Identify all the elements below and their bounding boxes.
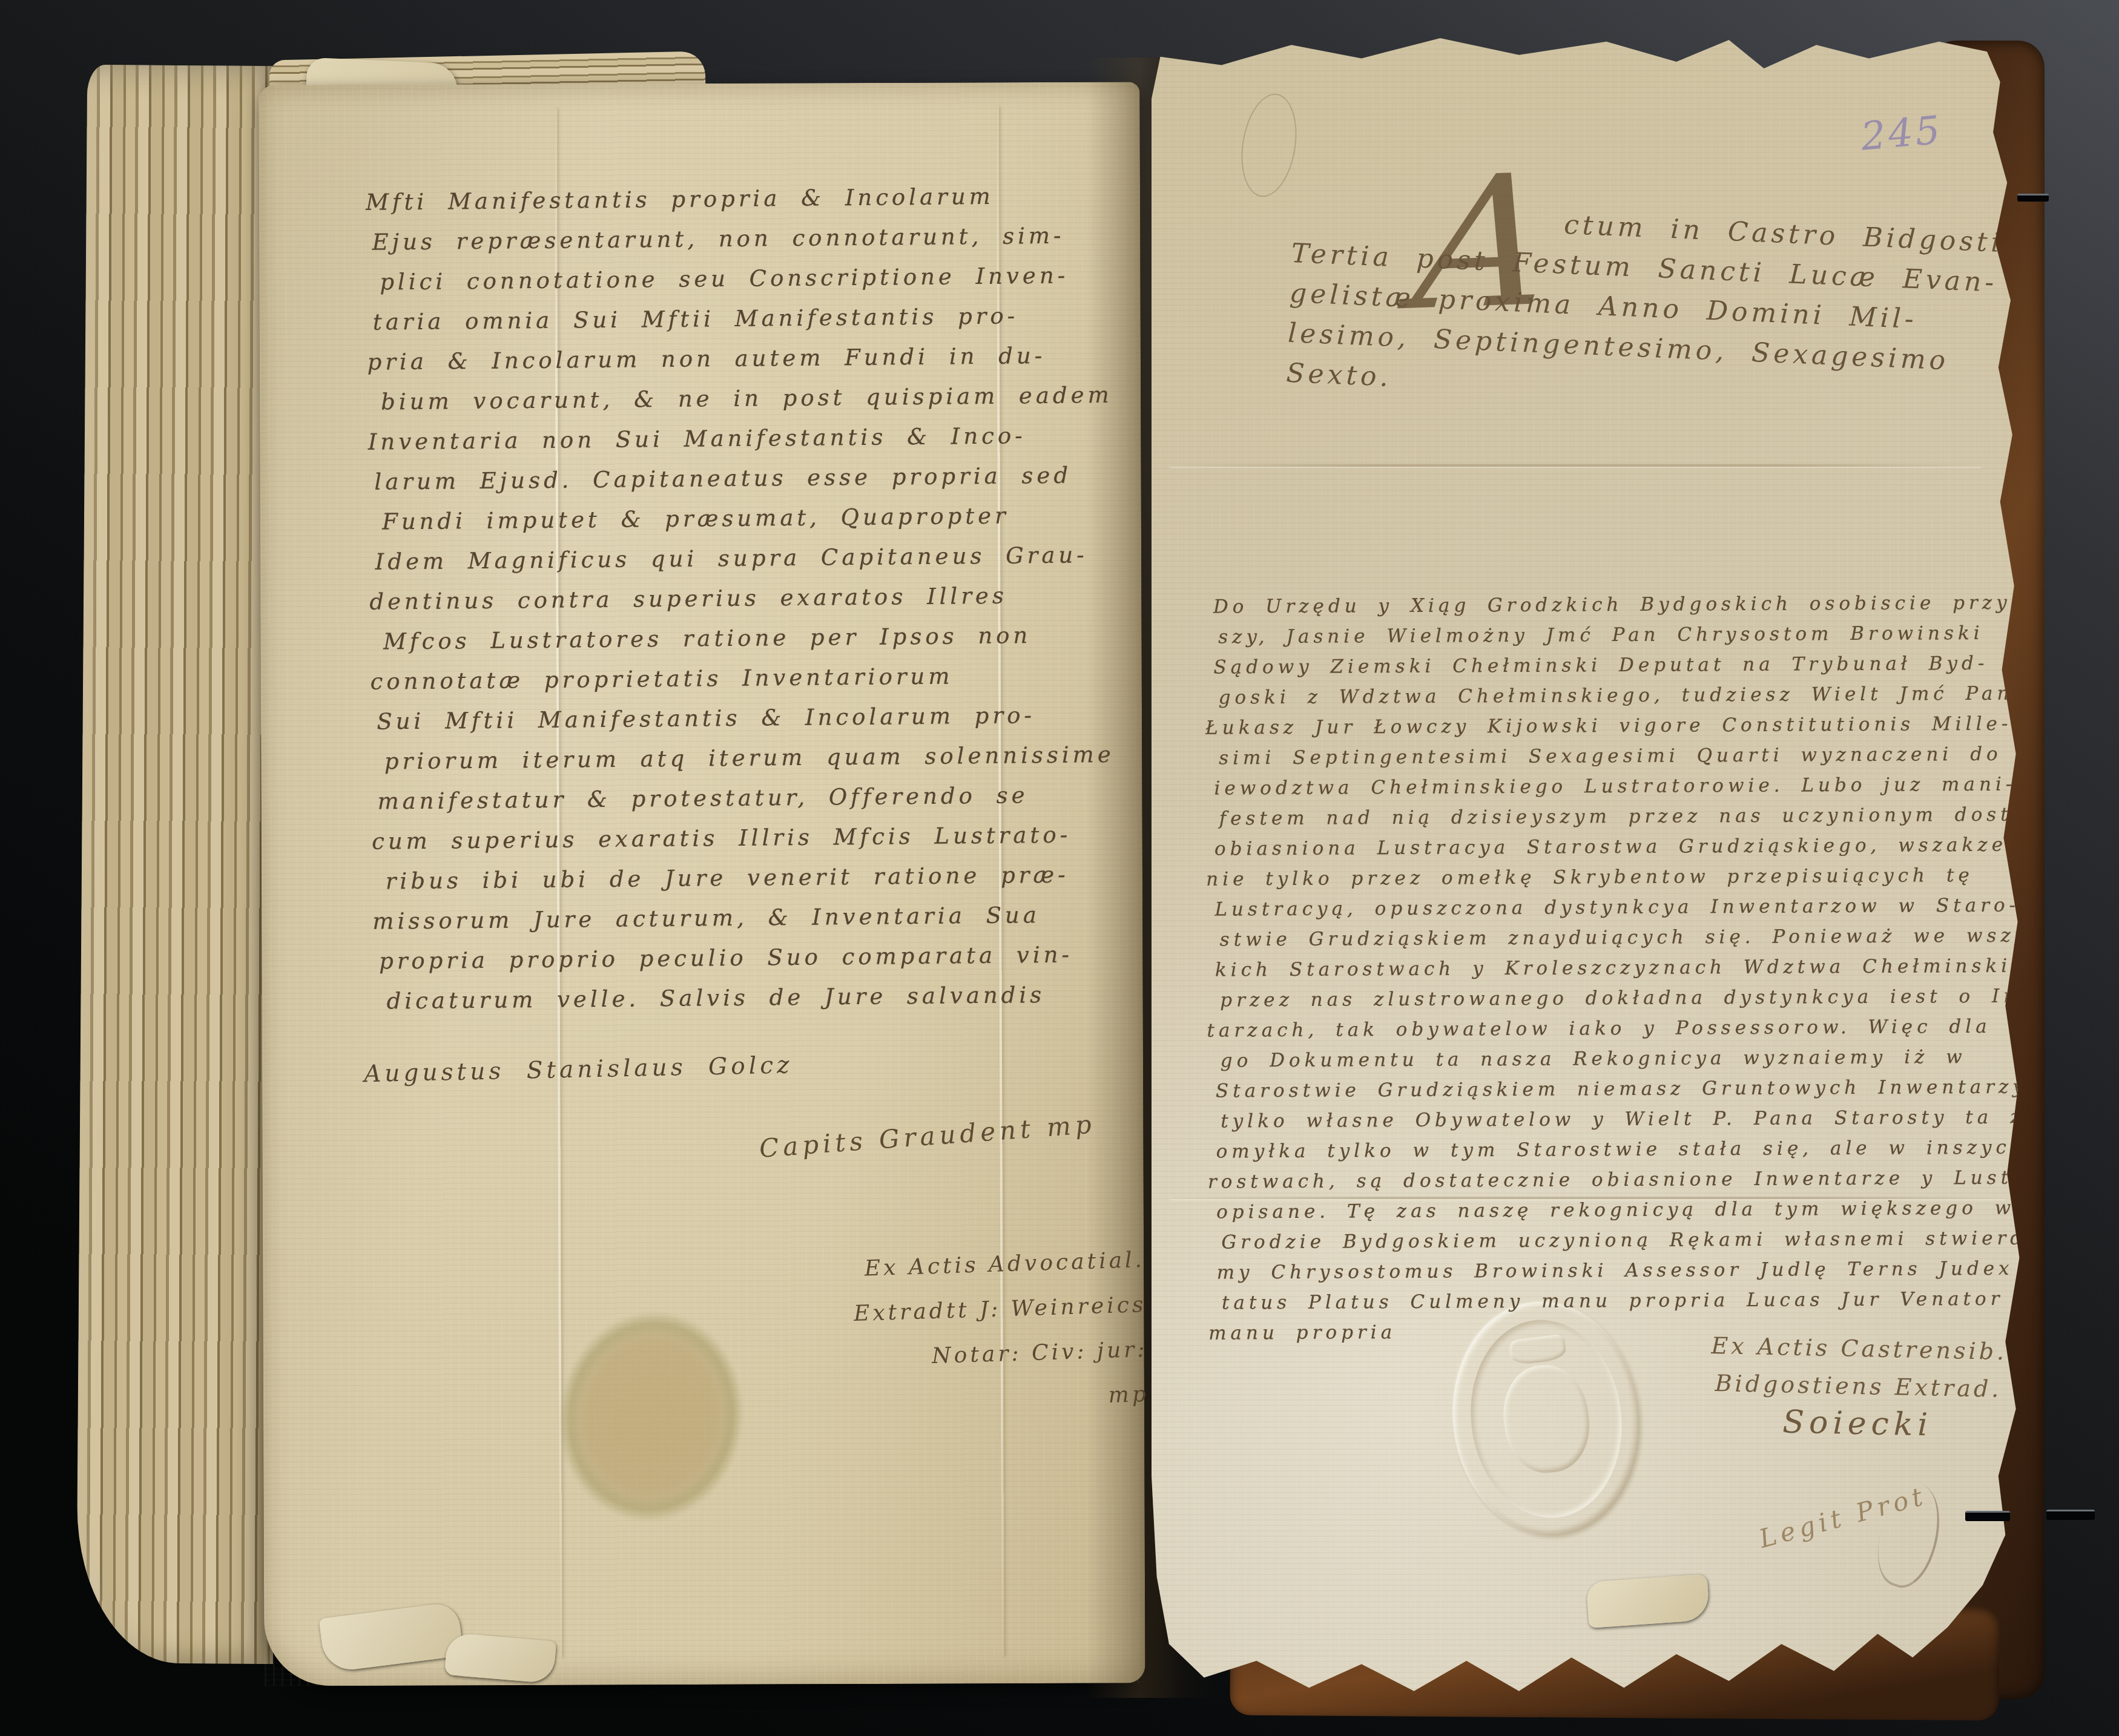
manuscript-line: stwie Grudziąskiem znayduiących się. Pon… xyxy=(1220,920,2038,955)
manuscript-line: Sądowy Ziemski Chełminski Deputat na Try… xyxy=(1213,648,2037,682)
manuscript-line: opisane. Tę zas naszę rekognicyą dla tym… xyxy=(1216,1192,2040,1227)
manuscript-line: Do Urzędu y Xiąg Grodzkich Bydgoskich os… xyxy=(1213,587,2037,622)
manuscript-line: Sui Mftii Manifestantis & Incolarum pro- xyxy=(377,695,1128,742)
manuscript-line: Łukasz Jur Łowczy Kijowski vigore Consti… xyxy=(1205,708,2037,743)
manuscript-line: propria proprio peculio Suo comparata vi… xyxy=(379,935,1130,982)
manuscript-line: szy, Jasnie Wielmożny Jmć Pan Chrysostom… xyxy=(1218,617,2037,652)
manuscript-line: Fundi imputet & præsumat, Quapropter xyxy=(382,495,1126,542)
capitaneus-signature: Capits Graudent mp xyxy=(758,1109,1096,1163)
manuscript-line: pria & Incolarum non autem Fundi in du- xyxy=(367,335,1124,383)
torn-paper-scrap xyxy=(1586,1574,1710,1628)
manuscript-line: omyłka tylko w tym Starostwie stała się,… xyxy=(1216,1132,2039,1166)
manuscript-line: plici connotatione seu Conscriptione Inv… xyxy=(380,255,1124,303)
manuscript-line: Ejus repræsentarunt, non connotarunt, si… xyxy=(372,215,1123,263)
faint-pencil-mark xyxy=(1234,90,1303,201)
manuscript-line: nie tylko przez omełkę Skrybentow przepi… xyxy=(1206,860,2038,894)
right-page-text-block: Do Urzędu y Xiąg Grodzkich Bydgoskich os… xyxy=(1213,587,2041,1348)
photo-background: Mfti Manifestantis propria & IncolarumEj… xyxy=(0,0,2119,1736)
manuscript-line: kich Starostwach y Kroleszczyznach Wdztw… xyxy=(1215,950,2038,985)
manuscript-line: go Dokumentu ta nasza Rekognicya wyznaie… xyxy=(1221,1041,2039,1076)
manuscript-line: dentinus contra superius exaratos Illres xyxy=(369,575,1127,622)
ex-actis-closing-block: Ex Actis Castrensib.Bidgostiens Extrad.S… xyxy=(1683,1326,2034,1446)
manuscript-line: Mfti Manifestantis propria & Incolarum xyxy=(366,176,1123,223)
manuscript-line: taria omnia Sui Mftii Manifestantis pro- xyxy=(373,295,1124,343)
manuscript-line: my Chrysostomus Browinski Assessor Judlę… xyxy=(1216,1253,2040,1287)
cradle-slit xyxy=(2046,1510,2095,1520)
manuscript-line: dicaturum velle. Salvis de Jure salvandi… xyxy=(386,975,1130,1022)
cradle-slit xyxy=(2017,194,2049,202)
manuscript-line: bium vocarunt, & ne in post quispiam ead… xyxy=(381,375,1125,422)
manuscript-line: simi Septingentesimi Sexagesimi Quarti w… xyxy=(1219,738,2037,773)
manuscript-line: obiasniona Lustracya Starostwa Grudziąsk… xyxy=(1214,829,2038,864)
left-page: Mfti Manifestantis propria & IncolarumEj… xyxy=(259,82,1145,1686)
actum-heading: ctum in Castro Bidgostiensi Fer-Tertia p… xyxy=(1285,194,2119,430)
cradle-slit xyxy=(1965,1511,2010,1521)
page-number: 245 xyxy=(1859,108,1944,159)
manuscript-line: priorum iterum atq iterum quam solenniss… xyxy=(384,735,1129,782)
closing-line: Soiecki xyxy=(1683,1401,2032,1446)
notary-attestation-block: Ex Actis Advocatial.Extradtt J: Weinreic… xyxy=(775,1238,1150,1429)
manuscript-line: Inventaria non Sui Manifestantis & Inco- xyxy=(368,415,1125,462)
manuscript-line: tarzach, tak obywatelow iako y Possessor… xyxy=(1207,1011,2038,1045)
manuscript-line: rostwach, są dostatecznie obiasnione Inw… xyxy=(1208,1162,2040,1197)
manuscript-line: cum superius exaratis Illris Mfcis Lustr… xyxy=(372,815,1129,862)
ink-stain xyxy=(518,1269,785,1564)
closing-line: Bidgostiens Extrad. xyxy=(1684,1364,2032,1409)
torn-paper-scrap xyxy=(444,1632,556,1684)
torn-paper-scrap xyxy=(319,1602,464,1673)
manuscript-line: ribus ibi ubi de Jure venerit ratione pr… xyxy=(385,855,1129,902)
horizontal-crease xyxy=(1170,464,1981,467)
left-page-text-block: Mfti Manifestantis propria & IncolarumEj… xyxy=(366,176,1130,1022)
right-page: 245 A ctum in Castro Bidgostiensi Fer-Te… xyxy=(1152,31,2105,1732)
manuscript-line: iewodztwa Chełminskiego Lustratorowie. L… xyxy=(1214,769,2037,803)
manuscript-line: manifestatur & protestatur, Offerendo se xyxy=(377,775,1129,822)
manuscript-line: Starostwie Grudziąskiem niemasz Gruntowy… xyxy=(1216,1071,2039,1106)
manuscript-line: Idem Magnificus qui supra Capitaneus Gra… xyxy=(375,535,1126,582)
manuscript-line: missorum Jure acturum, & Inventaria Sua xyxy=(372,895,1130,942)
manuscript-line: Lustracyą, opuszczona dystynkcya Inwenta… xyxy=(1214,890,2038,924)
right-page-paper: 245 A ctum in Castro Bidgostiensi Fer-Te… xyxy=(1152,31,2026,1711)
book-fore-edge-stack xyxy=(76,65,284,1664)
manuscript-line: Mfcos Lustratores ratione per Ipsos non xyxy=(383,615,1127,662)
manuscript-line: tylko własne Obywatelow y Wielt P. Pana … xyxy=(1221,1102,2039,1136)
manuscript-line: przez nas zlustrowanego dokładna dystynk… xyxy=(1220,981,2038,1015)
manuscript-line: larum Ejusd. Capitaneatus esse propria s… xyxy=(374,455,1125,502)
manuscript-line: festem nad nią dzisieyszym przez nas ucz… xyxy=(1219,799,2038,833)
manuscript-line: Grodzie Bydgoskiem uczynioną Rękami włas… xyxy=(1221,1223,2040,1257)
signatory-name: Augustus Stanislaus Golcz xyxy=(364,1051,793,1088)
manuscript-line: connotatæ proprietatis Inventariorum xyxy=(370,655,1127,702)
manuscript-line: goski z Wdztwa Chełminskiego, tudziesz W… xyxy=(1219,678,2037,712)
manuscript-line: tatus Platus Culmeny manu propria Lucas … xyxy=(1222,1283,2040,1318)
